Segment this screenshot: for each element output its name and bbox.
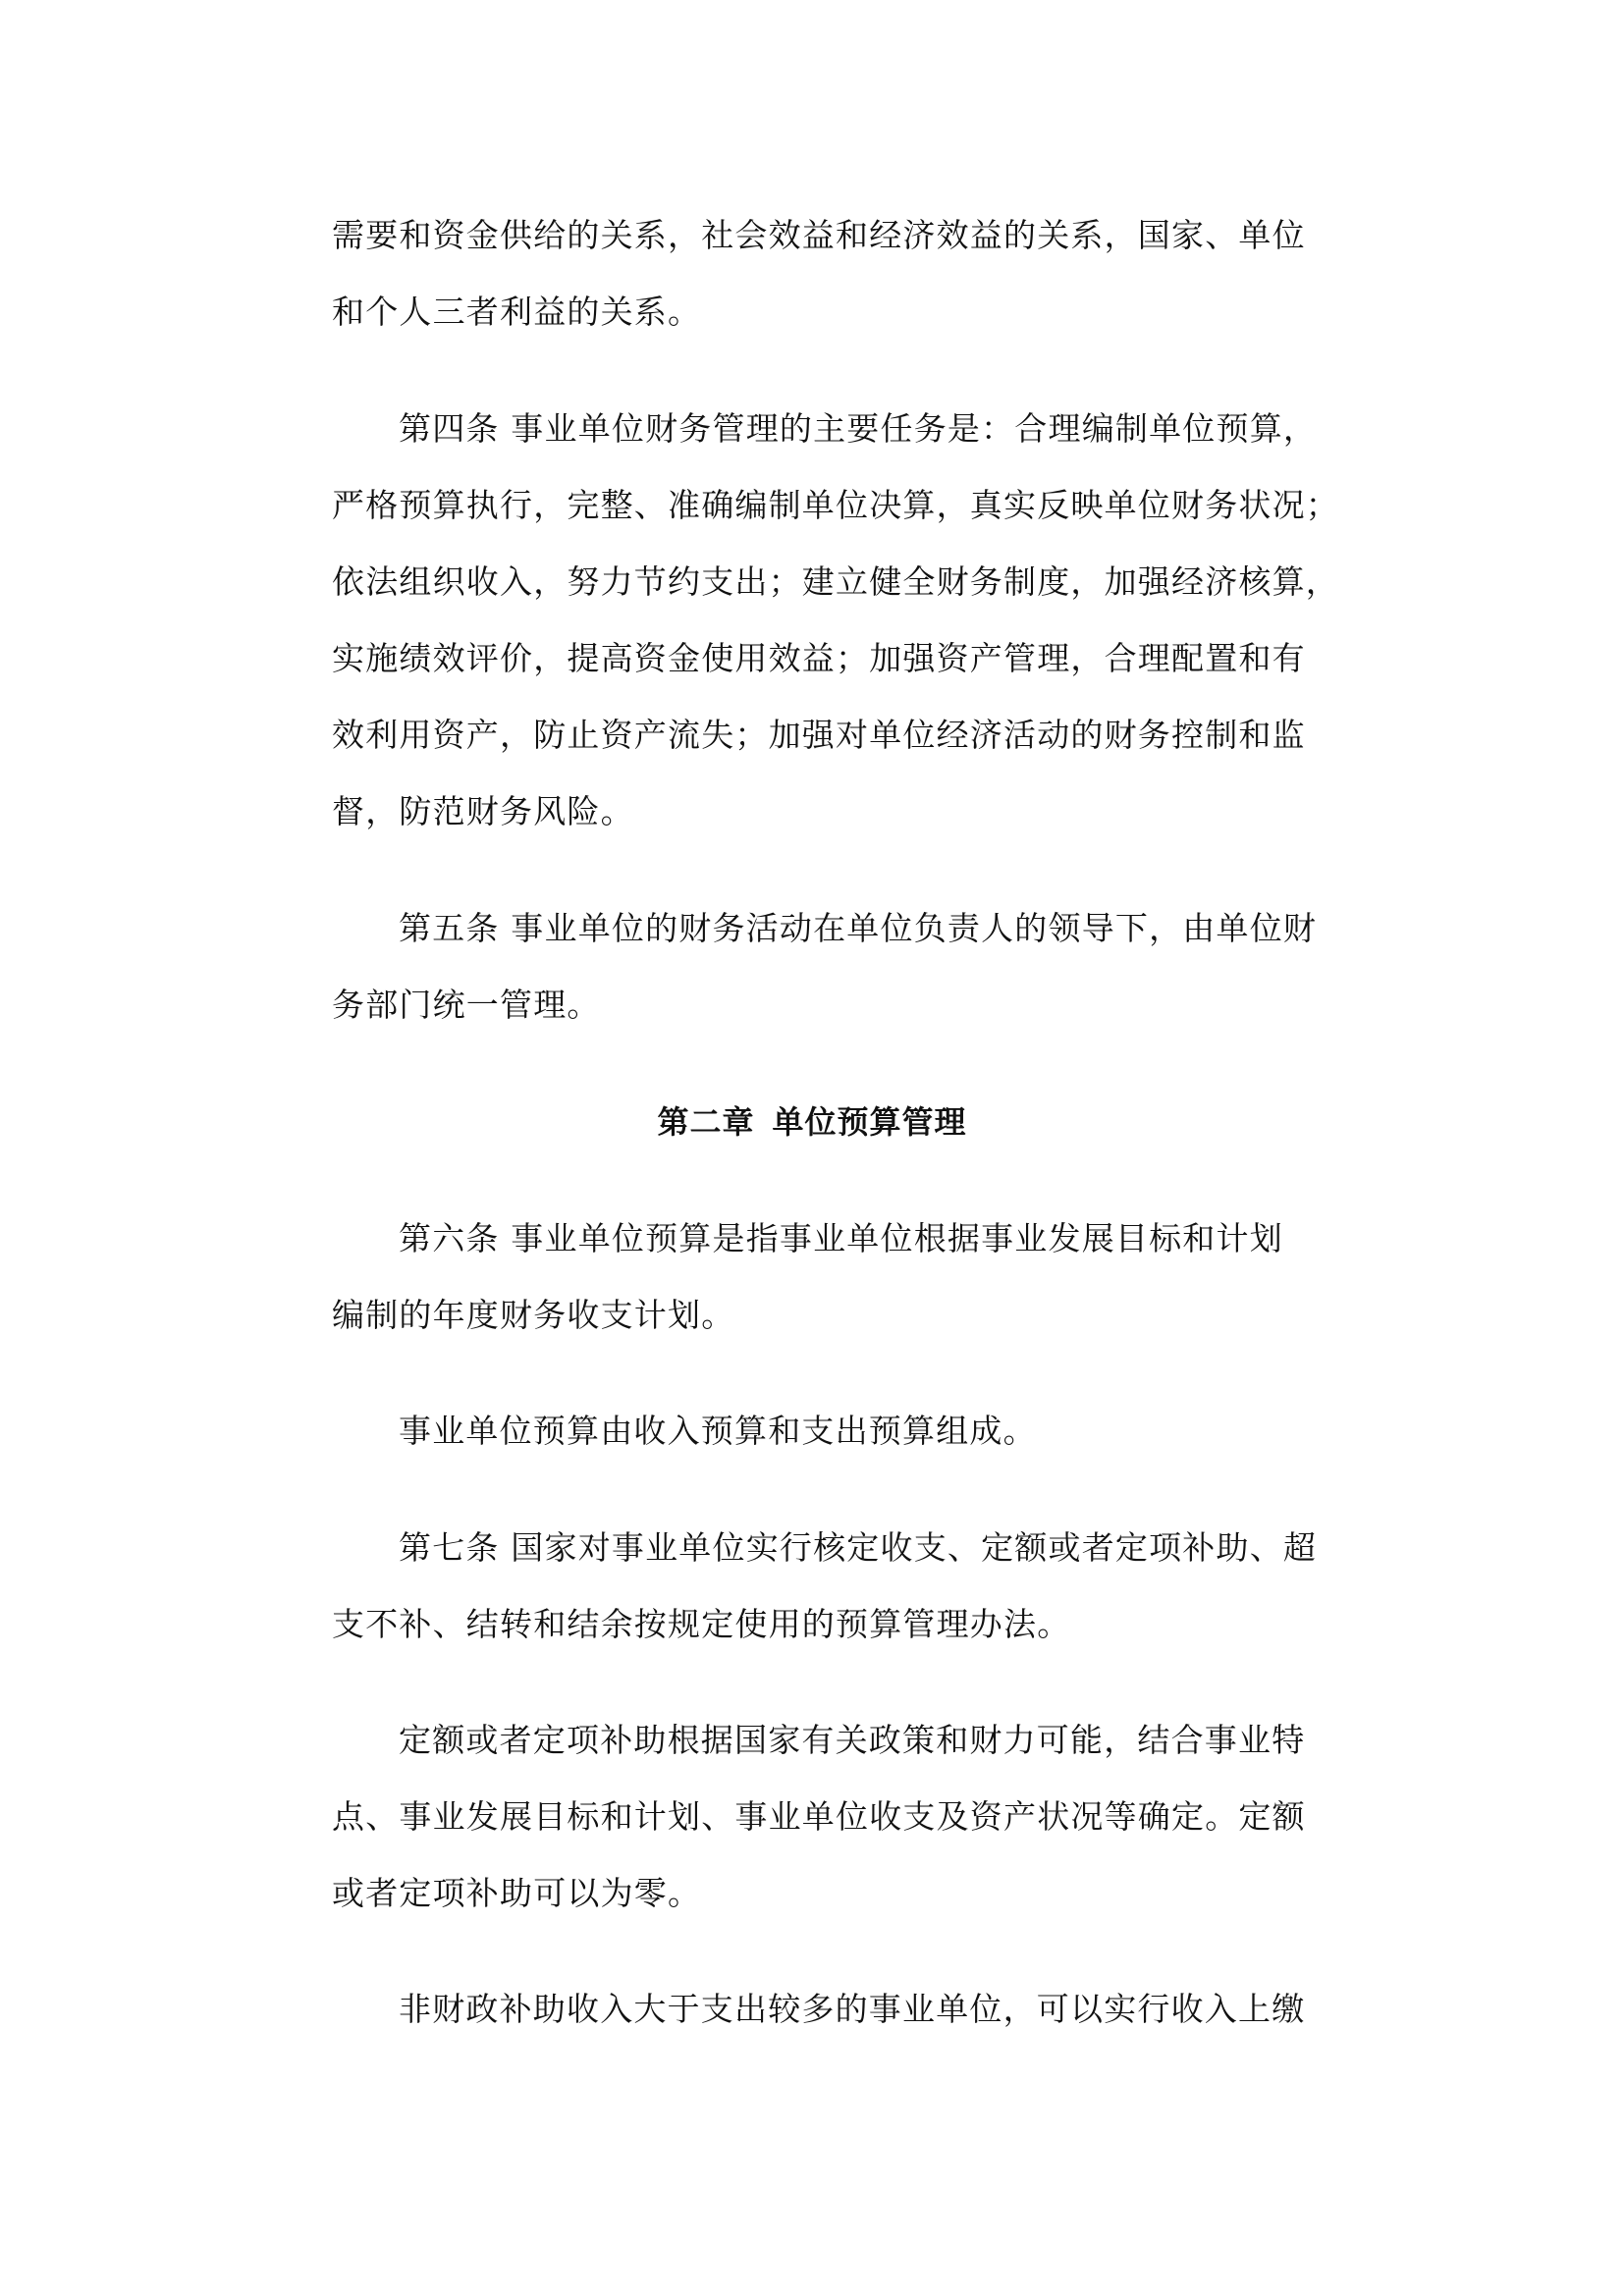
- article-4-line: 效利用资产，防止资产流失；加强对单位经济活动的财务控制和监: [332, 713, 1314, 758]
- article-7-line: 支不补、结转和结余按规定使用的预算管理办法。: [332, 1602, 1314, 1647]
- paragraph-line: 和个人三者利益的关系。: [332, 290, 1314, 335]
- article-4-line: 严格预算执行，完整、准确编制单位决算，真实反映单位财务状况；: [332, 483, 1314, 528]
- article-7-para-3-line: 非财政补助收入大于支出较多的事业单位，可以实行收入上缴: [399, 1987, 1380, 2032]
- article-6-para-2-line: 事业单位预算由收入预算和支出预算组成。: [399, 1409, 1380, 1454]
- article-5-line: 务部门统一管理。: [332, 983, 1314, 1028]
- chapter-title: 单位预算管理: [773, 1103, 967, 1141]
- article-6-line: 编制的年度财务收支计划。: [332, 1293, 1314, 1338]
- chapter-heading: 第二章单位预算管理: [0, 1099, 1624, 1145]
- article-5-line: 第五条 事业单位的财务活动在单位负责人的领导下，由单位财: [399, 906, 1380, 951]
- article-7-para-2-line: 点、事业发展目标和计划、事业单位收支及资产状况等确定。定额: [332, 1794, 1314, 1840]
- article-7-para-2-line: 或者定项补助可以为零。: [332, 1871, 1314, 1916]
- chapter-number: 第二章: [657, 1103, 754, 1141]
- document-page: 需要和资金供给的关系，社会效益和经济效益的关系，国家、单位 和个人三者利益的关系…: [0, 0, 1624, 2296]
- article-6-line: 第六条 事业单位预算是指事业单位根据事业发展目标和计划: [399, 1216, 1380, 1261]
- article-4-line: 依法组织收入，努力节约支出；建立健全财务制度，加强经济核算，: [332, 560, 1314, 605]
- article-4-line: 督，防范财务风险。: [332, 789, 1314, 834]
- paragraph-line: 需要和资金供给的关系，社会效益和经济效益的关系，国家、单位: [332, 213, 1314, 258]
- article-4-line: 第四条 事业单位财务管理的主要任务是：合理编制单位预算，: [399, 406, 1380, 452]
- article-4-line: 实施绩效评价，提高资金使用效益；加强资产管理，合理配置和有: [332, 636, 1314, 681]
- article-7-line: 第七条 国家对事业单位实行核定收支、定额或者定项补助、超: [399, 1525, 1380, 1571]
- article-7-para-2-line: 定额或者定项补助根据国家有关政策和财力可能，结合事业特: [399, 1718, 1380, 1763]
